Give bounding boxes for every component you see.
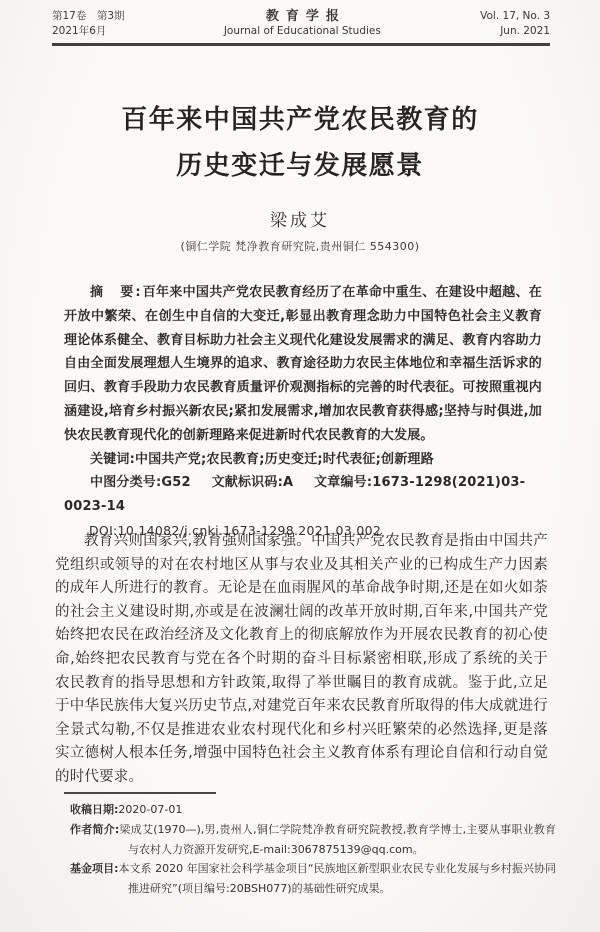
fund-project-text: 本文系 2020 年国家社会科学基金项目“民族地区新型职业农民专业化发展与乡村振…	[118, 862, 556, 895]
abstract-label: 摘 要:	[90, 285, 143, 300]
article-title-line2: 历史变迁与发展愿景	[40, 143, 560, 189]
journal-header: 第17卷 第3期 2021年6月 教育学报 Journal of Educati…	[52, 9, 550, 39]
keywords-line: 关键词:中国共产党;农民教育;历史变迁;时代表征;创新理路	[64, 448, 542, 472]
volume-issue-cn: 第17卷 第3期	[52, 9, 125, 24]
keywords-label: 关键词:	[90, 452, 135, 467]
received-date-value: 2020-07-01	[118, 803, 182, 816]
issue-date-en: Jun. 2021	[480, 24, 550, 39]
journal-header-left: 第17卷 第3期 2021年6月	[52, 9, 125, 39]
author-bio-text: 梁成艾(1970—),男,贵州人,铜仁学院梵净教育研究院教授,教育学博士,主要从…	[119, 823, 556, 856]
author-bio-label: 作者简介:	[70, 823, 119, 836]
fund-project-label: 基金项目:	[70, 862, 118, 875]
footnote-divider	[64, 792, 216, 794]
article-body: 教育兴则国家兴,教育强则国家强。中国共产党农民教育是指由中国共产党组织或领导的对…	[55, 530, 548, 790]
issue-date-cn: 2021年6月	[52, 24, 125, 39]
doc-code-label: 文献标识码:	[212, 475, 283, 490]
classification-line: 中图分类号:G52文献标识码:A文章编号:1673-1298(2021)03-0…	[64, 471, 542, 519]
received-date-note: 收稿日期:2020-07-01	[70, 800, 556, 820]
received-date-label: 收稿日期:	[70, 803, 118, 816]
journal-article-page: 第17卷 第3期 2021年6月 教育学报 Journal of Educati…	[0, 0, 600, 932]
clc-label: 中图分类号:	[90, 475, 161, 490]
article-no-label: 文章编号:	[314, 475, 372, 490]
keywords-text: 中国共产党;农民教育;历史变迁;时代表征;创新理路	[135, 452, 434, 467]
journal-header-right: Vol. 17, No. 3 Jun. 2021	[480, 9, 550, 39]
article-title-line1: 百年来中国共产党农民教育的	[40, 97, 560, 143]
abstract-paragraph: 摘 要:百年来中国共产党农民教育经历了在革命中重生、在建设中超越、在开放中繁荣、…	[64, 281, 542, 448]
journal-name-en: Journal of Educational Studies	[125, 24, 481, 39]
journal-name-cn: 教育学报	[132, 9, 481, 24]
abstract-block: 摘 要:百年来中国共产党农民教育经历了在革命中重生、在建设中超越、在开放中繁荣、…	[64, 281, 542, 543]
footnotes: 收稿日期:2020-07-01 作者简介:梁成艾(1970—),男,贵州人,铜仁…	[70, 800, 556, 899]
author-bio-note: 作者简介:梁成艾(1970—),男,贵州人,铜仁学院梵净教育研究院教授,教育学博…	[70, 820, 556, 860]
author-name: 梁成艾	[0, 206, 600, 231]
journal-header-center: 教育学报 Journal of Educational Studies	[125, 9, 481, 39]
header-divider	[52, 43, 550, 46]
clc-value: G52	[161, 475, 190, 490]
article-title: 百年来中国共产党农民教育的 历史变迁与发展愿景	[40, 97, 560, 189]
author-affiliation: (铜仁学院 梵净教育研究院,贵州铜仁 554300)	[0, 238, 600, 254]
doc-code-value: A	[283, 475, 293, 490]
abstract-text: 百年来中国共产党农民教育经历了在革命中重生、在建设中超越、在开放中繁荣、在创生中…	[64, 285, 542, 443]
fund-project-note: 基金项目:本文系 2020 年国家社会科学基金项目“民族地区新型职业农民专业化发…	[70, 859, 556, 899]
body-paragraph: 教育兴则国家兴,教育强则国家强。中国共产党农民教育是指由中国共产党组织或领导的对…	[55, 530, 548, 790]
volume-issue-en: Vol. 17, No. 3	[480, 9, 550, 24]
